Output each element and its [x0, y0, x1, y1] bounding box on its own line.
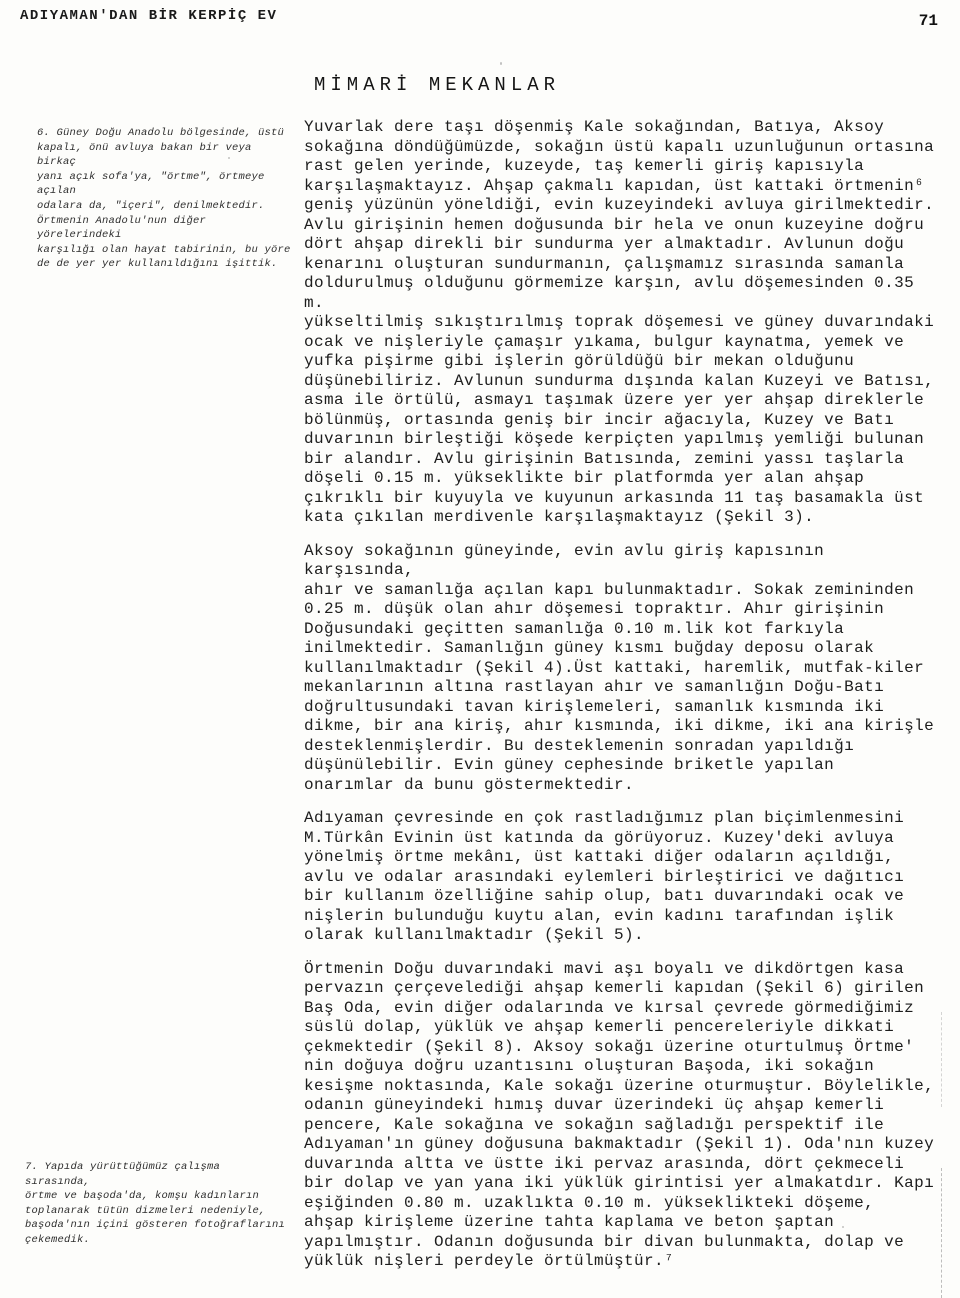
section-title: MİMARİ MEKANLAR	[314, 74, 560, 96]
body-text-column: Yuvarlak dere taşı döşenmiş Kale sokağın…	[304, 118, 944, 1286]
paragraph-3: Adıyaman çevresinde en çok rastladığımız…	[304, 809, 944, 946]
scan-artifact-dashed-line	[941, 1012, 942, 1107]
paragraph-2: Aksoy sokağının güneyinde, evin avlu gir…	[304, 542, 944, 796]
footnote-7: 7. Yapıda yürüttüğümüz çalışma sırasında…	[25, 1160, 287, 1248]
scan-speck	[842, 1226, 844, 1228]
page-number: 71	[919, 12, 938, 30]
scan-speck	[228, 157, 230, 159]
footnote-6: 6. Güney Doğu Anadolu bölgesinde, üstü k…	[37, 126, 295, 272]
paragraph-1: Yuvarlak dere taşı döşenmiş Kale sokağın…	[304, 118, 944, 528]
scan-artifact-dashed-line	[941, 1168, 942, 1298]
running-title: ADIYAMAN'DAN BİR KERPİÇ EV	[20, 8, 277, 24]
document-page: ADIYAMAN'DAN BİR KERPİÇ EV 71 MİMARİ MEK…	[0, 0, 960, 1298]
scan-speck	[500, 62, 502, 65]
paragraph-4: Örtmenin Doğu duvarındaki mavi aşı boyal…	[304, 960, 944, 1272]
